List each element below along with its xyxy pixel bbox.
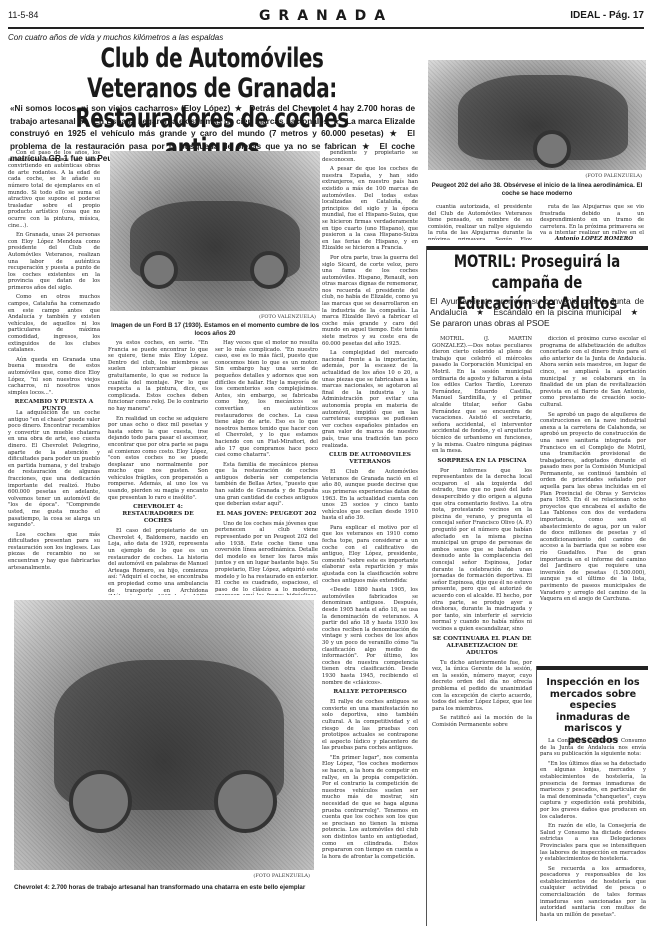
deck-item: Se pararon unas obras al PSOE: [430, 318, 550, 328]
paragraph: En realidad un coche se adquiere por una…: [108, 416, 208, 502]
paragraph: MOTRIL. (J. MARTIN GONZALEZ).—Dos notas …: [432, 336, 532, 455]
paragraph: Se recuerda a los armadores, pescadores …: [540, 866, 646, 919]
paragraph: Uno de los coches más jóvenes que perten…: [215, 521, 318, 595]
paragraph: "En primer lugar", nos comenta Eloy Lópe…: [322, 755, 418, 861]
paragraph: El caso del propietario de un Chevrolet …: [108, 528, 208, 595]
paragraph: «Desde 1880 hasta 1905, los automóviles …: [322, 587, 418, 686]
paragraph: pendiente y propietario se desconocen.: [322, 150, 418, 163]
star-icon: ★: [234, 104, 242, 113]
paragraph: Con el paso de los años, los automóviles…: [8, 150, 100, 229]
paragraph: En razón de ello, la Consejería de Salud…: [540, 823, 646, 863]
paragraph: Se aprobó un pago de alquileres de const…: [540, 412, 646, 603]
paragraph: La Consejería de Salud y Consumo de la J…: [540, 738, 646, 758]
star-icon: ★: [332, 117, 340, 126]
paragraph: ya estos coches, en serie. "En Francia s…: [108, 340, 208, 413]
photo-caption: Chevrolet 4: 2.700 horas de trabajo arte…: [14, 884, 314, 892]
star-icon: ★: [476, 307, 484, 317]
paragraph: La complejidad del mercado nacional fren…: [322, 350, 418, 449]
paragraph: Por otra parte, tras la guerra del siglo…: [322, 255, 418, 347]
paragraph: A pesar de que los coches de nuestra Esp…: [322, 166, 418, 252]
paragraph: ruta de las Alpujarras que se vio frustr…: [540, 204, 644, 234]
subheading: SORPRESA EN LA PISCINA: [432, 458, 532, 465]
paragraph: cuantía autorizada, el presidente del Cl…: [428, 204, 532, 240]
wheel: [250, 251, 288, 289]
article-column: ya estos coches, en serie. "En Francia s…: [108, 340, 208, 595]
article-column: pendiente y propietario se desconocen. A…: [322, 150, 418, 920]
photo-peugeot-202: (FOTO PALENZUELA): [428, 60, 646, 170]
paragraph: "En los últimos días se ha detectado en …: [540, 761, 646, 820]
paragraph: Como en otros muchos campos, Cataluña ha…: [8, 294, 100, 353]
subheading: RECAMBIO Y PUESTA A PUNTO: [8, 399, 100, 410]
article-column: La adquisición de un coche antiguo "en e…: [8, 410, 100, 595]
article-column: Hay veces que el motor no resulta ser lo…: [215, 340, 318, 595]
photo-credit: (FOTO PALENZUELA): [585, 173, 642, 179]
deck-item: En España llegaron a existir más de cien…: [94, 117, 329, 126]
wheel: [140, 251, 178, 289]
article-column: cuantía autorizada, el presidente del Cl…: [428, 204, 532, 240]
motril-deck: El Ayuntamiento prorroga su convenio con…: [430, 296, 644, 329]
article-column: Con el paso de los años, los automóviles…: [8, 150, 100, 410]
subheading: RALLYE PETOPERSCO: [322, 689, 418, 696]
section-rule: [426, 246, 648, 250]
byline: Antonio LOPEZ ROMERO: [555, 236, 633, 242]
photo-caption: Imagen de un Ford B 17 (1930). Estamos e…: [108, 322, 322, 338]
photo-credit: (FOTO PALENZUELA): [253, 873, 310, 879]
inspection-column: La Consejería de Salud y Consumo de la J…: [540, 738, 646, 920]
paragraph: dicción el próximo curso escolar el prog…: [540, 336, 646, 409]
subheading: CHEVROLET 4: RESTAURADORES DE COCHES: [108, 504, 208, 525]
photo-caption: Peugeot 202 del año 38. Obsérvese el ini…: [428, 182, 646, 198]
paragraph: El rallye de coches antiguos se conviert…: [322, 699, 418, 752]
paragraph: En Granada, unas 24 personas con Eloy Ló…: [8, 232, 100, 291]
paragraph: La adquisición de un coche antiguo "en e…: [8, 410, 100, 529]
paragraph: Tu dicho anteriormente fue, por vez, la …: [432, 660, 532, 713]
subheading: EL MAS JOVEN: PEUGEOT 202: [215, 511, 318, 518]
headline-line-1: Club de Automóviles Veteranos de Granada…: [45, 44, 380, 104]
paragraph: Para explicar el motivo por el que los v…: [322, 525, 418, 584]
article-kicker: Con cuatro años de vida y muchos kilómet…: [8, 33, 223, 42]
inspection-headline: Inspección en los mercados sobre especie…: [540, 677, 646, 746]
deck-item: Escándalo en la piscina municipal: [493, 307, 621, 317]
star-icon: ★: [80, 117, 88, 126]
motril-column: MOTRIL. (J. MARTIN GONZALEZ).—Dos notas …: [432, 336, 532, 926]
paragraph: Hay veces que el motor no resulta ser lo…: [215, 340, 318, 459]
paragraph: El Club de Automóviles Veteranos de Gran…: [322, 469, 418, 522]
star-icon: ★: [388, 129, 399, 138]
headline-line-1: MOTRIL: Proseguirá la campaña de: [452, 252, 622, 294]
section-rule: [536, 666, 648, 670]
photo-ford-b17: (FOTO VALENZUELA): [110, 151, 320, 311]
paragraph: Esta familia de mecánicos piensa que la …: [215, 462, 318, 508]
paragraph: Aún queda en Granada una buena muestra d…: [8, 357, 100, 397]
page-number: IDEAL - Pág. 17: [570, 10, 644, 21]
paragraph: Se ratificó así la moción de la Comisión…: [432, 715, 532, 728]
wheel: [533, 130, 571, 168]
deck-item: «Ni somos locos, ni son viejos cacharros…: [10, 104, 230, 113]
box-border: [426, 246, 427, 926]
box-border: [536, 666, 537, 921]
photo-chevrolet-4: (FOTO PALENZUELA): [14, 600, 314, 870]
wheel: [69, 770, 132, 833]
article-column: ruta de las Alpujarras que se vio frustr…: [540, 204, 644, 234]
photo-credit: (FOTO VALENZUELA): [259, 314, 316, 320]
subheading: SE CONTINUARA EL PLAN DE ALFABETIZACION …: [432, 636, 532, 657]
star-icon: ★: [631, 307, 639, 317]
wheel: [214, 770, 277, 833]
paragraph: Los coches que más dificultades presenta…: [8, 532, 100, 572]
subheading: CLUB DE AUTOMOVILES VETERANOS: [322, 452, 418, 466]
masthead: 11-5-84 GRANADA IDEAL - Pág. 17: [8, 8, 644, 24]
masthead-rule: [8, 27, 644, 29]
section-title: GRANADA: [8, 8, 644, 24]
motril-column: dicción el próximo curso escolar el prog…: [540, 336, 646, 654]
paragraph: Por informes que los representantes de l…: [432, 468, 532, 633]
